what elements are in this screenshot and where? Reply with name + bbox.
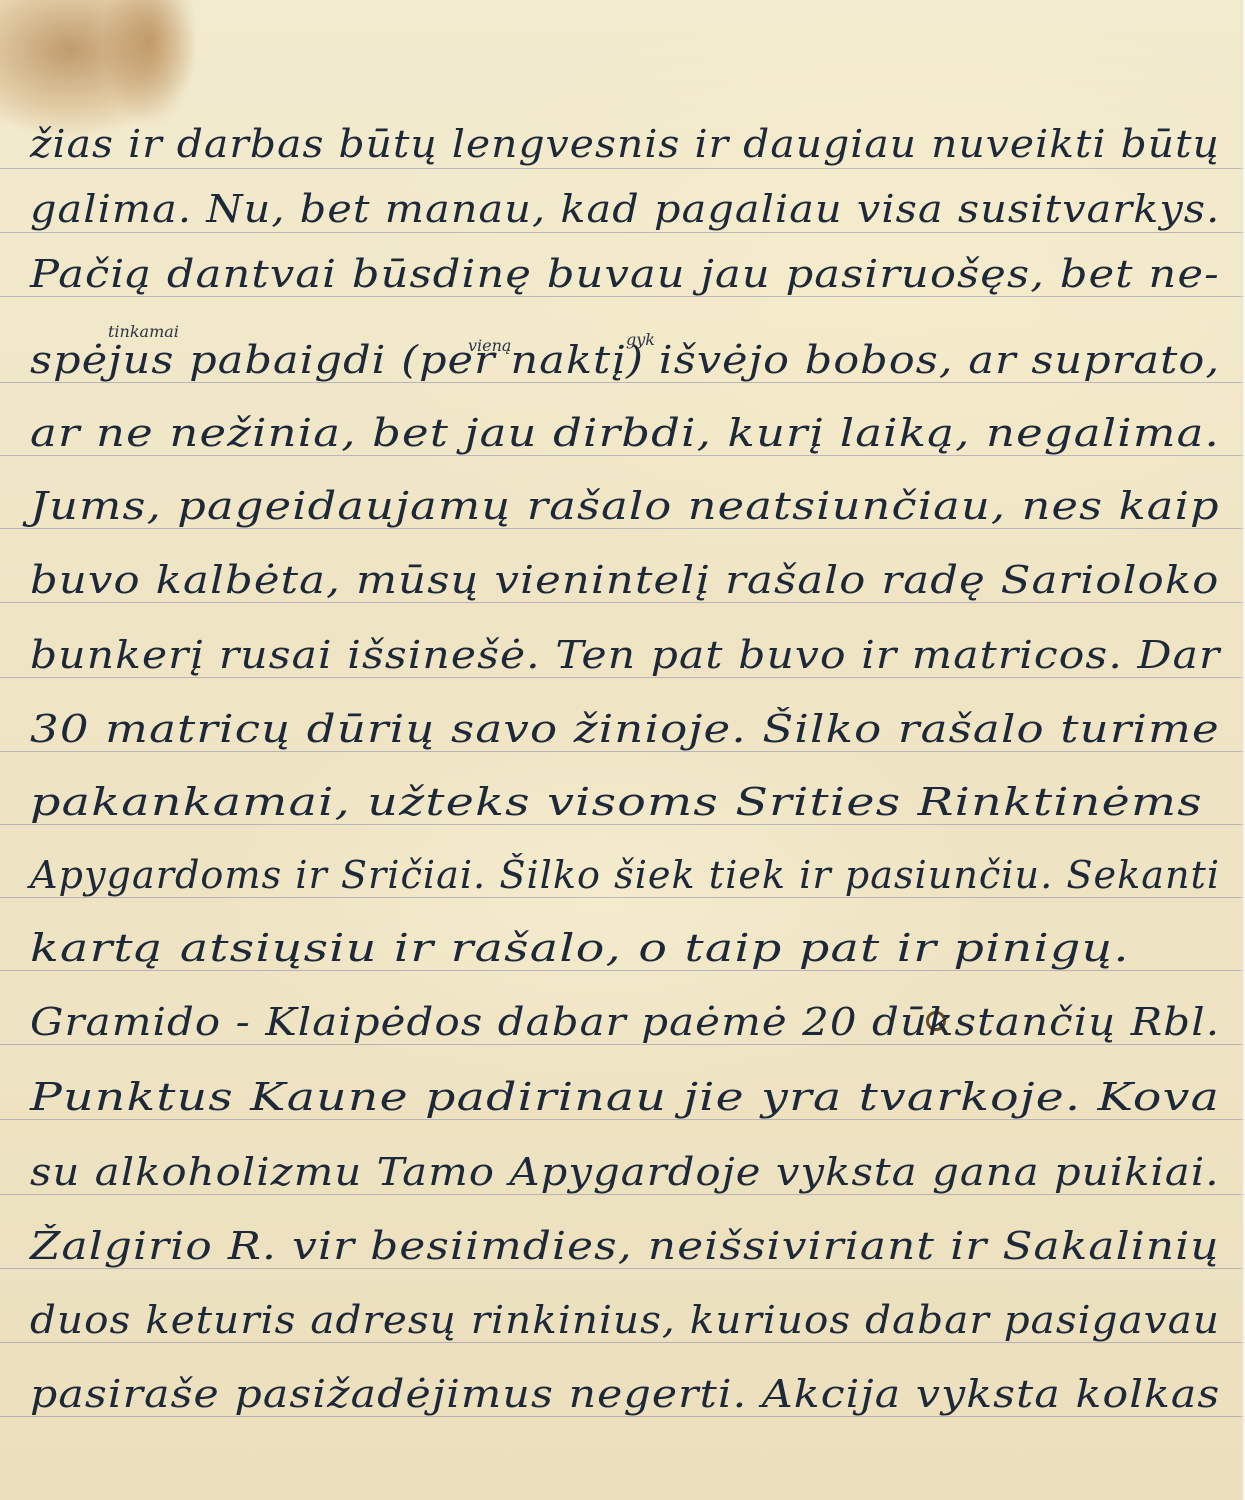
letter-line: bunkerį rusai išsinešė. Ten pat buvo ir … <box>30 633 1220 677</box>
letter-line: Punktus Kaune padirinau jie yra tvarkoje… <box>30 1075 1220 1119</box>
rule-line <box>0 1194 1245 1195</box>
letter-line: buvo kalbėta, mūsų vienintelį rašalo rad… <box>30 558 1219 602</box>
letter-line: Jums, pageidaujamų rašalo neatsiunčiau, … <box>30 484 1220 528</box>
rule-line <box>0 897 1245 898</box>
letter-line: su alkoholizmu Tamo Apygardoje vyksta ga… <box>30 1150 1220 1194</box>
letter-line: galima. Nu, bet manau, kad pagaliau visa… <box>30 187 1220 231</box>
letter-line: Gramido - Klaipėdos dabar paėmė 20 dūkst… <box>30 1000 1220 1044</box>
letter-line: ar ne nežinia, bet jau dirbdi, kurį laik… <box>30 411 1220 455</box>
rule-line <box>0 1342 1245 1343</box>
rule-line <box>0 1268 1245 1269</box>
rule-line <box>0 232 1245 233</box>
letter-line: Žalgirio R. vir besiimdies, neišsivirian… <box>30 1224 1220 1268</box>
rule-line <box>0 1416 1245 1417</box>
rule-line <box>0 528 1245 529</box>
rule-line <box>0 602 1245 603</box>
rule-line <box>0 1044 1245 1045</box>
rule-line <box>0 382 1245 383</box>
rule-line <box>0 824 1245 825</box>
letter-line: Apygardoms ir Sričiai. Šilko šiek tiek i… <box>30 853 1220 897</box>
paper-edge <box>1241 0 1245 1500</box>
rule-line <box>0 677 1245 678</box>
rule-line <box>0 296 1245 297</box>
letter-line: spėjus pabaigdi (per naktį) išvėjo bobos… <box>30 338 1220 382</box>
letter-line: 30 matricų dūrių savo žinioje. Šilko raš… <box>30 707 1220 751</box>
letter-line: duos keturis adresų rinkinius, kuriuos d… <box>30 1298 1220 1342</box>
letter-page: tinkamai vieną gyk žias ir darbas būtų l… <box>0 0 1245 1500</box>
rule-line <box>0 1119 1245 1120</box>
letter-line: Pačią dantvai būsdinę buvau jau pasiruoš… <box>30 252 1220 296</box>
rule-line <box>0 168 1245 169</box>
rule-line <box>0 970 1245 971</box>
letter-line: kartą atsiųsiu ir rašalo, o taip pat ir … <box>30 926 1130 970</box>
rule-line <box>0 751 1245 752</box>
letter-line: žias ir darbas būtų lengvesnis ir daugia… <box>30 122 1220 166</box>
letter-line: pakankamai, užteks visoms Srities Rinkti… <box>30 780 1203 824</box>
letter-line: pasiraše pasižadėjimus negerti. Akcija v… <box>30 1372 1220 1416</box>
rule-line <box>0 455 1245 456</box>
